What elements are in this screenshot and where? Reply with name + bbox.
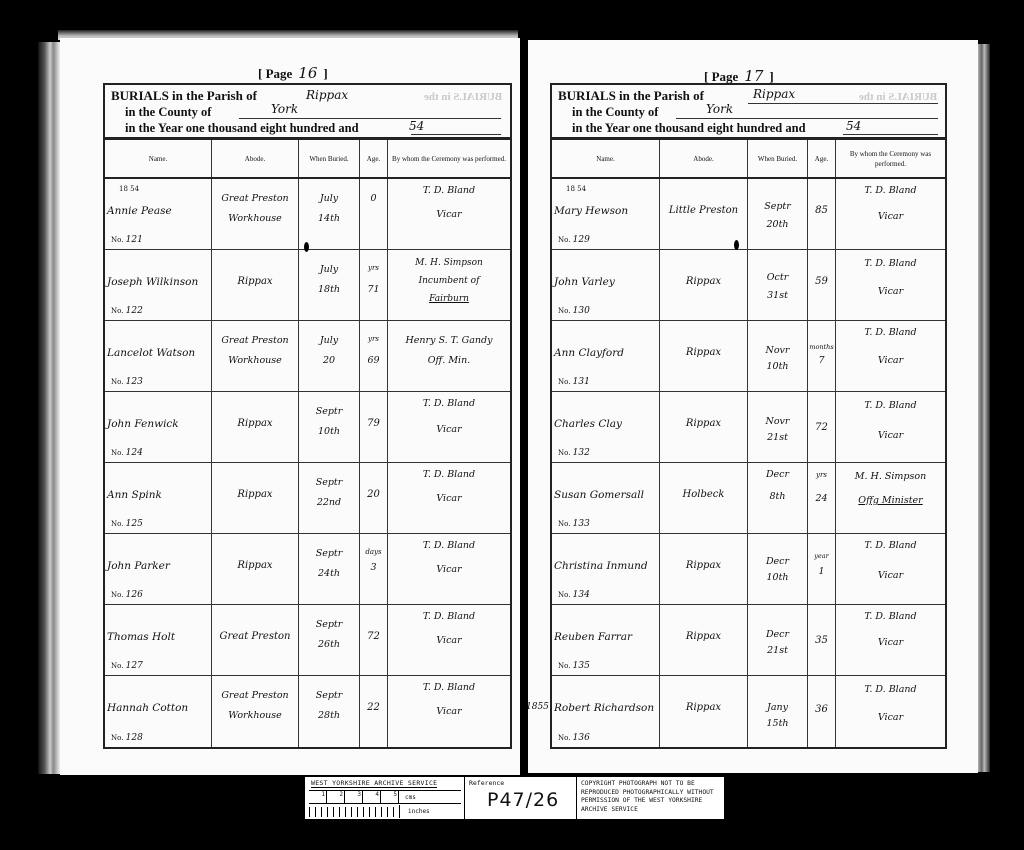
entry-number: No. 133 bbox=[558, 519, 590, 529]
age-cell: yrs 69 bbox=[360, 321, 388, 391]
age-cell: 22 bbox=[360, 676, 388, 747]
column-header-name: Name. bbox=[105, 140, 212, 177]
name-cell: Susan Gomersall No. 133 bbox=[552, 463, 660, 533]
copyright-notice: COPYRIGHT PHOTOGRAPH NOT TO BE REPRODUCE… bbox=[577, 777, 724, 819]
reference-box: Reference P47/26 bbox=[465, 777, 577, 819]
entry-number: No. 128 bbox=[111, 733, 143, 743]
entry-number: No. 125 bbox=[111, 519, 143, 529]
table-row: Susan Gomersall No. 133 Holbeck Decr 8th… bbox=[552, 463, 945, 534]
page-number-value: 16 bbox=[298, 64, 317, 82]
abode-cell: Rippax bbox=[660, 534, 748, 604]
name-cell: John Parker No. 126 bbox=[105, 534, 212, 604]
age-cell: year 1 bbox=[808, 534, 836, 604]
table-row: 1855 Robert Richardson No. 136 Rippax Ja… bbox=[552, 676, 945, 747]
name-cell: 18 54 Annie Pease No. 121 bbox=[105, 179, 212, 249]
officiant-cell: T. D. Bland Vicar bbox=[836, 321, 945, 391]
table-row: John Parker No. 126 Rippax Septr 24th da… bbox=[105, 534, 510, 605]
officiant-cell: T. D. Bland Vicar bbox=[836, 392, 945, 462]
county-value: York bbox=[706, 101, 733, 117]
officiant-cell: T. D. Bland Vicar bbox=[388, 605, 510, 675]
name-value: Thomas Holt bbox=[107, 631, 175, 643]
when-buried-cell: July 18th bbox=[299, 250, 360, 320]
archive-service-name: WEST YORKSHIRE ARCHIVE SERVICE bbox=[311, 779, 437, 788]
name-cell: Hannah Cotton No. 128 bbox=[105, 676, 212, 747]
table-row: Ann Clayford No. 131 Rippax Novr 10th mo… bbox=[552, 321, 945, 392]
column-header-abode: Abode. bbox=[212, 140, 299, 177]
name-cell: Ann Spink No. 125 bbox=[105, 463, 212, 533]
abode-cell: Rippax bbox=[660, 676, 748, 747]
name-value: Christina Inmund bbox=[554, 560, 648, 572]
entry-number: No. 124 bbox=[111, 448, 143, 458]
entry-number: No. 123 bbox=[111, 377, 143, 387]
entries: 18 54 Mary Hewson No. 129 Little Preston… bbox=[552, 179, 945, 747]
when-buried-cell: Septr 28th bbox=[299, 676, 360, 747]
age-cell: days 3 bbox=[360, 534, 388, 604]
column-header-when-buried: When Buried. bbox=[299, 140, 360, 177]
year-line: in the Year one thousand eight hundred a… bbox=[111, 120, 510, 136]
when-buried-cell: Septr 10th bbox=[299, 392, 360, 462]
book-left-edge bbox=[38, 42, 60, 774]
year-marker-1855: 1855 bbox=[526, 702, 549, 712]
name-value: Robert Richardson bbox=[554, 702, 654, 714]
name-value: John Varley bbox=[554, 276, 615, 288]
column-header-by-whom: By whom the Ceremony was performed. bbox=[836, 140, 945, 177]
when-buried-cell: Decr 21st bbox=[748, 605, 808, 675]
name-cell: Thomas Holt No. 127 bbox=[105, 605, 212, 675]
abode-cell: Rippax bbox=[212, 463, 299, 533]
officiant-cell: M. H. Simpson Offg Minister bbox=[836, 463, 945, 533]
table-row: Hannah Cotton No. 128 Great Preston Work… bbox=[105, 676, 510, 747]
parish-line: BURIALS in the Parish of Rippax bbox=[111, 88, 510, 104]
name-value: Ann Spink bbox=[107, 489, 162, 501]
table-row: Reuben Farrar No. 135 Rippax Decr 21st 3… bbox=[552, 605, 945, 676]
entry-number: No. 122 bbox=[111, 306, 143, 316]
officiant-cell: T. D. Bland Vicar bbox=[388, 392, 510, 462]
table-row: John Varley No. 130 Rippax Octr 31st 59 … bbox=[552, 250, 945, 321]
table-row: Thomas Holt No. 127 Great Preston Septr … bbox=[105, 605, 510, 676]
officiant-cell: T. D. Bland Vicar bbox=[388, 179, 510, 249]
reference-code: P47/26 bbox=[487, 789, 559, 811]
abode-cell: Holbeck bbox=[660, 463, 748, 533]
name-cell: 1855 Robert Richardson No. 136 bbox=[552, 676, 660, 747]
table-row: Lancelot Watson No. 123 Great Preston Wo… bbox=[105, 321, 510, 392]
abode-cell: Great Preston Workhouse bbox=[212, 321, 299, 391]
name-cell: John Fenwick No. 124 bbox=[105, 392, 212, 462]
year-line: in the Year one thousand eight hundred a… bbox=[558, 120, 945, 136]
name-cell: Christina Inmund No. 134 bbox=[552, 534, 660, 604]
age-cell: 20 bbox=[360, 463, 388, 533]
table-row: Charles Clay No. 132 Rippax Novr 21st 72… bbox=[552, 392, 945, 463]
entry-number: No. 135 bbox=[558, 661, 590, 671]
age-cell: yrs 24 bbox=[808, 463, 836, 533]
officiant-cell: T. D. Bland Vicar bbox=[836, 605, 945, 675]
officiant-cell: T. D. Bland Vicar bbox=[388, 534, 510, 604]
abode-cell: Rippax bbox=[212, 250, 299, 320]
when-buried-cell: Novr 10th bbox=[748, 321, 808, 391]
when-buried-cell: Novr 21st bbox=[748, 392, 808, 462]
abode-cell: Little Preston bbox=[660, 179, 748, 249]
entry-number: No. 134 bbox=[558, 590, 590, 600]
name-value: Annie Pease bbox=[107, 205, 172, 217]
name-value: Mary Hewson bbox=[554, 205, 628, 217]
name-cell: Charles Clay No. 132 bbox=[552, 392, 660, 462]
officiant-cell: T. D. Bland Vicar bbox=[388, 463, 510, 533]
when-buried-cell: July 14th bbox=[299, 179, 360, 249]
name-value: Ann Clayford bbox=[554, 347, 624, 359]
parish-line: BURIALS in the Parish of Rippax bbox=[558, 88, 945, 104]
when-buried-cell: Septr 22nd bbox=[299, 463, 360, 533]
officiant-cell: T. D. Bland Vicar bbox=[836, 250, 945, 320]
entry-number: No. 136 bbox=[558, 733, 590, 743]
name-value: Charles Clay bbox=[554, 418, 622, 430]
name-cell: Joseph Wilkinson No. 122 bbox=[105, 250, 212, 320]
abode-cell: Great Preston Workhouse bbox=[212, 179, 299, 249]
ink-blot bbox=[304, 242, 309, 252]
age-cell: 79 bbox=[360, 392, 388, 462]
entry-number: No. 129 bbox=[558, 235, 590, 245]
table-row: 18 54 Annie Pease No. 121 Great Preston … bbox=[105, 179, 510, 250]
name-cell: John Varley No. 130 bbox=[552, 250, 660, 320]
when-buried-cell: Septr 24th bbox=[299, 534, 360, 604]
ink-blot bbox=[734, 240, 739, 250]
name-value: Susan Gomersall bbox=[554, 489, 644, 501]
age-cell: 36 bbox=[808, 676, 836, 747]
column-header-name: Name. bbox=[552, 140, 660, 177]
officiant-cell: T. D. Bland Vicar bbox=[836, 534, 945, 604]
burial-register-table: BURIALS in the BURIALS in the Parish of … bbox=[550, 83, 947, 749]
county-line: in the County of York bbox=[111, 104, 510, 120]
officiant-cell: T. D. Bland Vicar bbox=[836, 179, 945, 249]
column-header-age: Age. bbox=[808, 140, 836, 177]
burial-register-table: BURIALS in the BURIALS in the Parish of … bbox=[103, 83, 512, 749]
abode-cell: Rippax bbox=[660, 250, 748, 320]
officiant-cell: M. H. Simpson Incumbent of Fairburn bbox=[388, 250, 510, 320]
officiant-cell: Henry S. T. Gandy Off. Min. bbox=[388, 321, 510, 391]
archive-reference-strip: WEST YORKSHIRE ARCHIVE SERVICE 1 2 3 4 5… bbox=[304, 776, 725, 820]
name-cell: Lancelot Watson No. 123 bbox=[105, 321, 212, 391]
age-cell: 72 bbox=[360, 605, 388, 675]
year-value: 54 bbox=[409, 118, 424, 134]
abode-cell: Rippax bbox=[212, 392, 299, 462]
cm-scale: 1 2 3 4 5 cms bbox=[309, 790, 461, 804]
age-cell: yrs 71 bbox=[360, 250, 388, 320]
name-value: John Fenwick bbox=[107, 418, 179, 430]
entry-number: No. 127 bbox=[111, 661, 143, 671]
column-headers: Name. Abode. When Buried. Age. By whom t… bbox=[552, 140, 945, 179]
abode-cell: Great Preston Workhouse bbox=[212, 676, 299, 747]
table-row: John Fenwick No. 124 Rippax Septr 10th 7… bbox=[105, 392, 510, 463]
name-value: John Parker bbox=[107, 560, 170, 572]
age-cell: 85 bbox=[808, 179, 836, 249]
register-title-block: BURIALS in the BURIALS in the Parish of … bbox=[552, 85, 945, 140]
table-row: Joseph Wilkinson No. 122 Rippax July 18t… bbox=[105, 250, 510, 321]
parish-value: Rippax bbox=[753, 86, 795, 102]
when-buried-cell: Decr 8th bbox=[748, 463, 808, 533]
page-number: [ Page16] bbox=[258, 64, 328, 82]
abode-cell: Rippax bbox=[660, 321, 748, 391]
age-cell: months 7 bbox=[808, 321, 836, 391]
entry-number: No. 130 bbox=[558, 306, 590, 316]
age-cell: 59 bbox=[808, 250, 836, 320]
table-row: Christina Inmund No. 134 Rippax Decr 10t… bbox=[552, 534, 945, 605]
abode-cell: Rippax bbox=[660, 605, 748, 675]
when-buried-cell: Septr 20th bbox=[748, 179, 808, 249]
officiant-cell: T. D. Bland Vicar bbox=[388, 676, 510, 747]
table-row: Ann Spink No. 125 Rippax Septr 22nd 20 T… bbox=[105, 463, 510, 534]
inch-scale: inches bbox=[309, 805, 461, 818]
when-buried-cell: Septr 26th bbox=[299, 605, 360, 675]
name-value: Reuben Farrar bbox=[554, 631, 632, 643]
column-headers: Name. Abode. When Buried. Age. By whom t… bbox=[105, 140, 510, 179]
when-buried-cell: Jany 15th bbox=[748, 676, 808, 747]
column-header-by-whom: By whom the Ceremony was performed. bbox=[388, 140, 510, 177]
right-page: [ Page17] BURIALS in the BURIALS in the … bbox=[528, 40, 978, 773]
entries: 18 54 Annie Pease No. 121 Great Preston … bbox=[105, 179, 510, 747]
column-header-when-buried: When Buried. bbox=[748, 140, 808, 177]
name-cell: Reuben Farrar No. 135 bbox=[552, 605, 660, 675]
county-line: in the County of York bbox=[558, 104, 945, 120]
scale-ruler: WEST YORKSHIRE ARCHIVE SERVICE 1 2 3 4 5… bbox=[305, 777, 465, 819]
table-row: 18 54 Mary Hewson No. 129 Little Preston… bbox=[552, 179, 945, 250]
name-value: Hannah Cotton bbox=[107, 702, 188, 714]
entry-number: No. 126 bbox=[111, 590, 143, 600]
abode-cell: Rippax bbox=[212, 534, 299, 604]
name-cell: 18 54 Mary Hewson No. 129 bbox=[552, 179, 660, 249]
book-right-edge bbox=[976, 44, 990, 772]
name-value: Lancelot Watson bbox=[107, 347, 195, 359]
year-value: 54 bbox=[846, 118, 861, 134]
age-cell: 0 bbox=[360, 179, 388, 249]
column-header-abode: Abode. bbox=[660, 140, 748, 177]
entry-number: No. 132 bbox=[558, 448, 590, 458]
column-header-age: Age. bbox=[360, 140, 388, 177]
abode-cell: Great Preston bbox=[212, 605, 299, 675]
entry-number: No. 131 bbox=[558, 377, 590, 387]
name-cell: Ann Clayford No. 131 bbox=[552, 321, 660, 391]
when-buried-cell: July 20 bbox=[299, 321, 360, 391]
when-buried-cell: Decr 10th bbox=[748, 534, 808, 604]
name-value: Joseph Wilkinson bbox=[107, 276, 198, 288]
when-buried-cell: Octr 31st bbox=[748, 250, 808, 320]
entry-number: No. 121 bbox=[111, 235, 143, 245]
age-cell: 72 bbox=[808, 392, 836, 462]
county-value: York bbox=[271, 101, 298, 117]
register-title-block: BURIALS in the BURIALS in the Parish of … bbox=[105, 85, 510, 140]
abode-cell: Rippax bbox=[660, 392, 748, 462]
age-cell: 35 bbox=[808, 605, 836, 675]
officiant-cell: T. D. Bland Vicar bbox=[836, 676, 945, 747]
parish-value: Rippax bbox=[306, 87, 348, 103]
left-page: [ Page16] BURIALS in the BURIALS in the … bbox=[60, 38, 520, 775]
